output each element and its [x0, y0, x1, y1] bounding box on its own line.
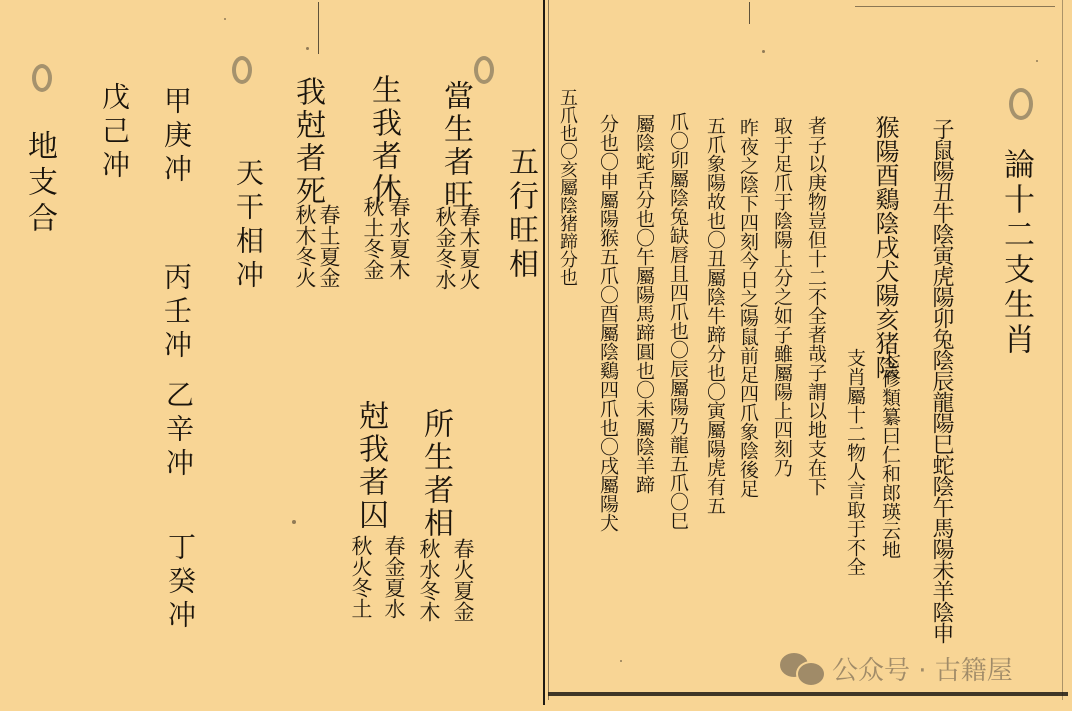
commentary-column-3: 者子以庚物豈但十二不全者哉子謂以地支在下 — [806, 116, 825, 496]
commentary-column-1: 七修類纂曰仁和郎瑛云地 — [880, 350, 899, 559]
wuxing-entry-note: 秋木冬火 — [294, 204, 315, 288]
right-page-top-border — [855, 6, 1055, 7]
commentary-column-7: 爪〇卯屬陰兔缺唇且四爪也〇辰屬陽乃龍五爪〇巳 — [668, 112, 687, 530]
commentary-column-2: 支肖屬十二物人言取于不全 — [845, 348, 864, 576]
tiangan-pair: 丁癸冲 — [166, 532, 194, 634]
wechat-icon — [780, 651, 824, 685]
section-mark-circle-icon — [32, 64, 52, 92]
watermark-text: 公众号 · 古籍屋 — [832, 650, 1013, 687]
commentary-column-6: 五爪象陽故也〇丑屬陰牛蹄分也〇寅屬陽虎有五 — [705, 116, 724, 515]
right-page-right-border — [1062, 0, 1063, 700]
wuxing-entry-note: 秋金冬水 — [434, 206, 455, 290]
tiangan-pair: 戊己冲 — [100, 82, 128, 184]
wuxing-section-title: 五行旺相 — [505, 146, 535, 282]
wuxing-entry-main: 我尅者死 — [292, 76, 322, 208]
commentary-column-9: 分也〇申屬陽猴五爪〇酉屬陰鷄四爪也〇戌屬陽犬 — [598, 114, 617, 532]
paper-speck — [292, 520, 296, 524]
paper-speck — [306, 47, 309, 50]
tiangan-pair: 甲庚冲 — [162, 86, 190, 188]
commentary-column-8: 屬陰蛇舌分也〇午屬陽馬蹄圓也〇未屬陰羊蹄 — [634, 114, 653, 494]
paper-speck — [224, 18, 226, 20]
wuxing-entry-main: 生我者休 — [368, 74, 398, 206]
tiangan-pair: 丙壬冲 — [162, 262, 190, 364]
dizhi-section-title: 地支合 — [24, 130, 54, 238]
watermark: 公众号 · 古籍屋 — [780, 651, 1013, 685]
wuxing-entry-note: 秋火冬土 — [350, 535, 371, 619]
right-page-title: 論十二支生肖 — [1000, 148, 1031, 358]
wuxing-entry-note: 秋土冬金 — [362, 196, 383, 280]
paper-speck — [620, 660, 622, 662]
center-fold-line — [543, 0, 545, 705]
wuxing-entry-note: 春火夏金 — [452, 538, 473, 622]
commentary-column-10: 五爪也〇亥屬陰猪蹄分也 — [558, 88, 576, 286]
wuxing-entry-note: 春木夏火 — [458, 206, 479, 290]
wuxing-entry-main: 所生者相 — [420, 408, 450, 540]
wuxing-entry-note: 春水夏木 — [388, 196, 409, 280]
paper-speck — [762, 50, 765, 53]
right-page-stray-mark — [749, 2, 750, 24]
zodiac-column-1: 子鼠陽丑牛陰寅虎陽卯兔陰辰龍陽巳蛇陰午馬陽未羊陰申 — [930, 118, 952, 643]
wuxing-entry-main: 當生者旺 — [440, 80, 470, 212]
commentary-column-4: 取于足爪于陰陽上分之如子雖屬陽上四刻乃 — [772, 116, 791, 477]
right-page-inner-line — [548, 0, 549, 700]
zodiac-column-2: 猴陽酉鷄陰戌犬陽亥猪陰 — [873, 115, 897, 379]
section-mark-circle-icon — [232, 56, 252, 84]
right-page-bottom-border — [548, 692, 1068, 696]
wuxing-entry-note: 春土夏金 — [318, 204, 339, 288]
commentary-column-5: 昨夜之陰下四刻今日之陽鼠前足四爪象陰後足 — [738, 118, 757, 498]
tiangan-section-title: 天干相冲 — [234, 158, 262, 294]
wuxing-entry-note: 秋水冬木 — [418, 538, 439, 622]
wuxing-entry-main: 尅我者囚 — [355, 400, 385, 532]
section-mark-circle-icon — [1009, 88, 1033, 120]
paper-speck — [1036, 60, 1038, 62]
tiangan-pair: 乙辛冲 — [164, 380, 192, 482]
book-spread: 論十二支生肖 子鼠陽丑牛陰寅虎陽卯兔陰辰龍陽巳蛇陰午馬陽未羊陰申 猴陽酉鷄陰戌犬… — [0, 0, 1072, 711]
section-mark-circle-icon — [474, 56, 494, 84]
wuxing-entry-note: 春金夏水 — [383, 535, 404, 619]
left-page-stray-mark — [318, 2, 319, 54]
